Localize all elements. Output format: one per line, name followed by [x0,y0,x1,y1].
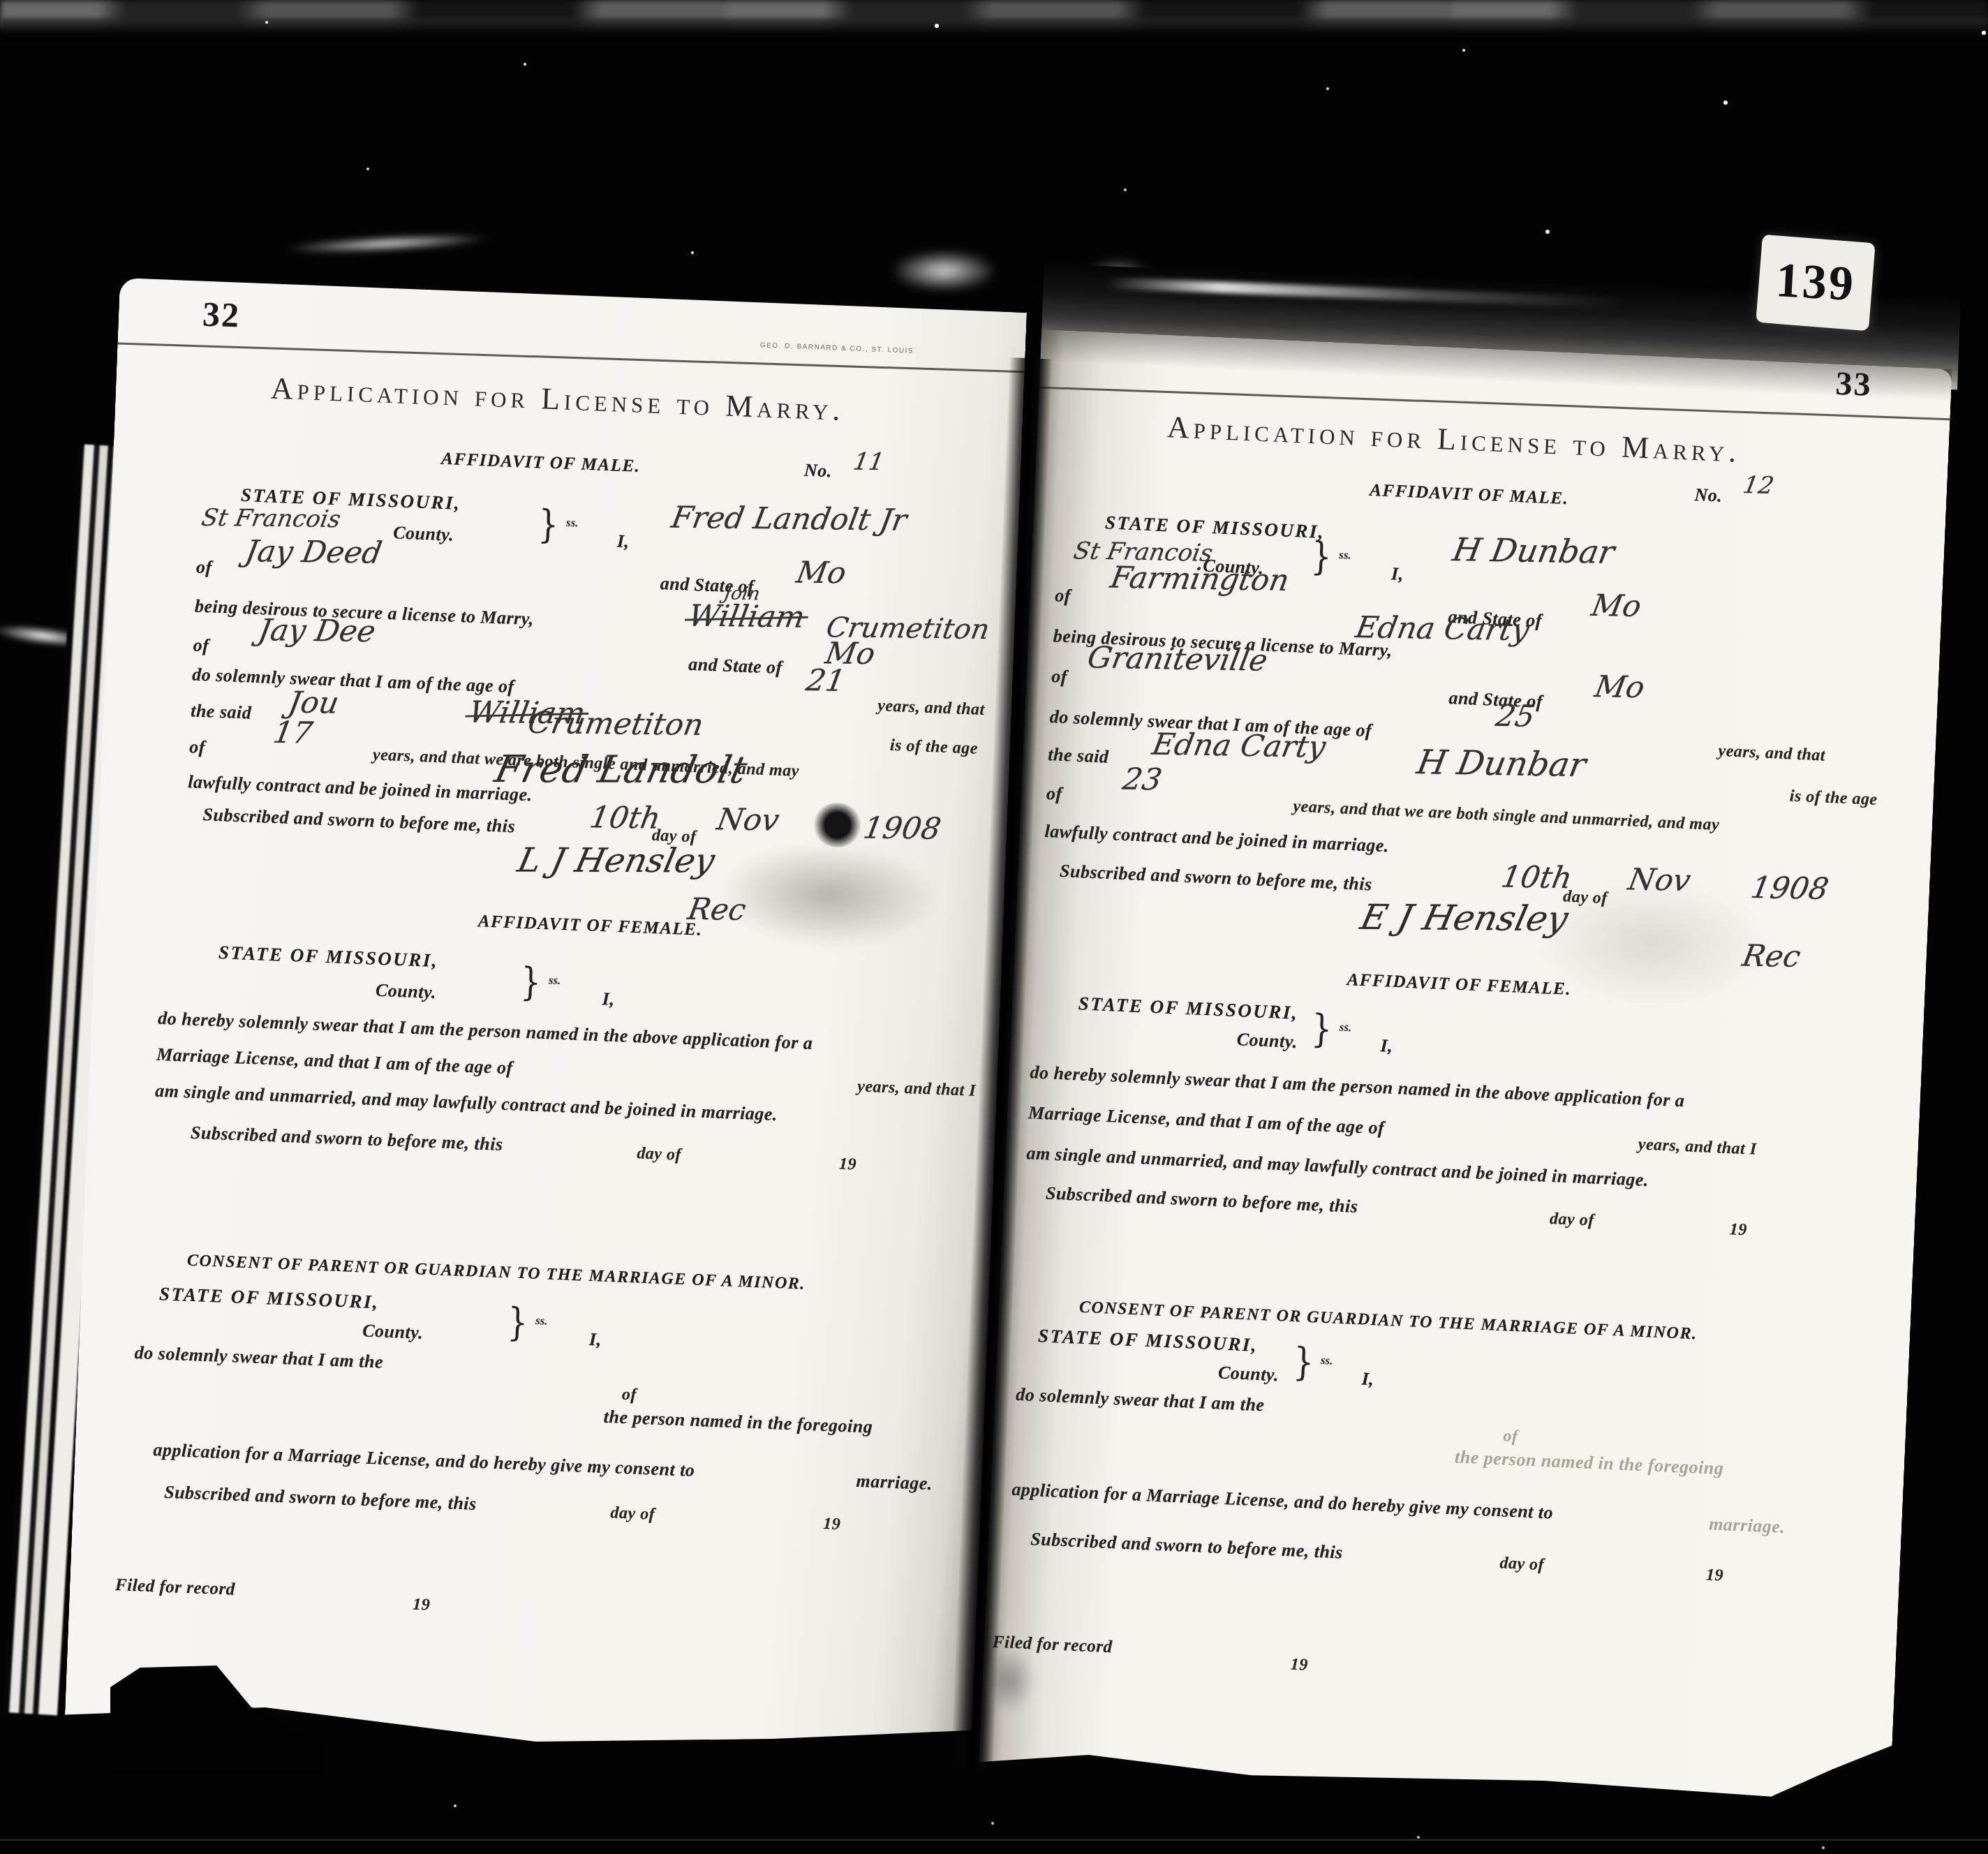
years-and-that-label: years, and that [1718,742,1826,765]
said-name-prefix: Jou [286,688,341,719]
page-edge-highlight [283,230,493,257]
groom-age-entry: 25 [1494,702,1537,732]
county-label: County. [1236,1030,1298,1052]
of-label: of [1055,586,1071,607]
said-age-entry: 23 [1120,765,1164,796]
year-prefix: 19 [1705,1566,1723,1585]
recorder-signature: L J Hensley [514,844,718,878]
groom-age-entry: 21 [804,666,847,696]
scanner-edge-band-shadow [0,18,1988,36]
state-label: STATE OF MISSOURI, [1078,993,1298,1023]
ss-label: ss. [1339,1021,1351,1035]
consent-swear-line: do solemnly swear that I am the [134,1343,383,1372]
smudge [716,839,944,952]
female-swear-line-2: Marriage License, and that I am of the a… [156,1045,513,1078]
year-prefix: 19 [823,1515,841,1534]
ss-label: ss. [535,1314,548,1328]
and-state-of-label: and State of [688,655,783,678]
i-label: I, [1391,564,1404,584]
county-label: County. [1217,1363,1279,1385]
of-label: of [193,635,209,655]
no-label: No. [804,461,833,482]
day-of-label: day of [1499,1554,1545,1574]
day-of-label: day of [610,1504,655,1524]
female-single-line: am single and unmarried, and may lawfull… [1026,1143,1649,1190]
consent-swear-line: do solemnly swear that I am the [1016,1385,1265,1416]
page-number: 33 [1835,367,1873,402]
groom-state-entry: Mo [794,558,849,589]
sworn-year-entry: 1908 [1749,873,1830,905]
groom-residence-entry: Farmington [1108,563,1291,596]
said-age-entry: 17 [271,718,314,748]
gutter-top-highlight [890,250,998,292]
female-single-line: am single and unmarried, and may lawfull… [155,1081,778,1125]
groom-residence-entry: Jay Deed [243,537,384,568]
form-title: Application for License to Marry. [1166,410,1742,469]
county-entry: St Francois [200,506,342,531]
year-prefix: 19 [1290,1655,1308,1674]
bride-name-struck: William [686,602,807,633]
bride-residence-entry: Jay Dee [256,616,378,647]
of-label: of [1051,667,1068,688]
right-page: 33 Application for License to Marry. AFF… [977,329,1952,1849]
ss-label: ss. [1339,548,1351,563]
female-swear-line-2: Marriage License, and that I am of the a… [1028,1103,1384,1139]
lawfully-line: lawfully contract and be joined in marri… [1044,822,1389,856]
printer-mark: GEO. D. BARNARD & CO., ST. LOUIS [760,341,914,355]
year-prefix: 19 [1729,1220,1747,1239]
groom-name-entry: Fred Landolt Jr [669,503,910,536]
female-affidavit-heading: AFFIDAVIT OF FEMALE. [1347,970,1571,999]
female-affidavit-heading: AFFIDAVIT OF FEMALE. [477,912,702,940]
state-label: STATE OF MISSOURI, [159,1284,380,1313]
gutter-smudge [983,1647,1035,1714]
year-prefix: 19 [839,1155,857,1173]
day-of-label: day of [637,1144,682,1164]
age-line: do solemnly swear that I am of the age o… [192,665,515,697]
years-single-line: years, and that we are both single and u… [1293,797,1720,834]
bride-state-entry: Mo [1592,672,1647,703]
county-label: County. [376,981,437,1003]
the-said-label: the said [1048,745,1109,767]
subscribed-line: Subscribed and sworn to before me, this [1060,861,1373,895]
is-of-age-label: is of the age [890,736,979,758]
consent-person-line: the person named in the foregoing [603,1407,873,1437]
ink-blot [812,802,862,849]
form-title: Application for License to Marry. [270,371,845,427]
subscribed-line: Subscribed and sworn to before me, this [1030,1529,1344,1563]
brace: } [1293,1342,1315,1381]
male-affidavit-heading: AFFIDAVIT OF MALE. [1370,481,1569,509]
brace: } [507,1303,528,1342]
i-label: I, [1380,1036,1393,1056]
of-label: of [1503,1427,1518,1446]
the-said-label: the said [191,701,252,723]
consent-application-line: application for a Marriage License, and … [153,1440,695,1481]
said-groom-entry: H Dunbar [1414,746,1588,782]
subscribed-line: Subscribed and sworn to before me, this [190,1123,503,1155]
county-label: County. [393,523,454,545]
female-years-label: years, and that I [1638,1135,1757,1159]
ss-label: ss. [566,516,579,531]
consent-marriage-label: marriage. [1709,1514,1786,1537]
subscribed-line: Subscribed and sworn to before me, this [1045,1183,1358,1217]
scan-bottom-line [0,1839,1988,1841]
sworn-month-entry: Nov [715,806,781,836]
sworn-year-entry: 1908 [861,814,943,845]
i-label: I, [616,532,630,552]
i-label: I, [589,1330,602,1350]
groom-signature: Fred Landolt [491,750,750,789]
ss-label: ss. [548,973,561,988]
subscribed-line: Subscribed and sworn to before me, this [202,805,516,837]
dust-speckles [265,21,268,24]
year-prefix: 19 [413,1596,431,1615]
brace: } [1310,537,1333,576]
day-of-label: day of [1550,1210,1595,1230]
bride-name-entry: Edna Carty [1353,613,1531,646]
brace: } [520,962,542,1001]
county-label: County. [362,1321,424,1343]
brace: } [1311,1009,1333,1048]
i-label: I, [1361,1369,1374,1389]
lawfully-line: lawfully contract and be joined in marri… [188,772,533,806]
page-number: 32 [202,297,241,333]
female-years-label: years, and that I [857,1077,977,1100]
left-page: 32 GEO. D. BARNARD & CO., ST. LOUIS Appl… [63,278,1027,1797]
groom-name-entry: H Dunbar [1451,533,1617,568]
female-swear-line-1: do hereby solemnly swear that I am the p… [1030,1062,1685,1111]
groom-state-entry: Mo [1589,591,1644,622]
female-swear-line-1: do hereby solemnly swear that I am the p… [158,1009,813,1054]
consent-application-line: application for a Marriage License, and … [1011,1480,1554,1523]
i-label: I, [602,989,615,1009]
ss-label: ss. [1321,1354,1333,1368]
male-affidavit-heading: AFFIDAVIT OF MALE. [441,450,641,476]
filed-for-record-label: Filed for record [115,1575,236,1599]
state-label: STATE OF MISSOURI, [1037,1326,1258,1356]
is-of-age-label: is of the age [1789,787,1878,809]
of-label: of [189,737,206,757]
scanned-marriage-register: 139 32 GEO. D. BARNARD & CO., ST. LOUIS … [0,0,1988,1854]
film-frame-number-stamp: 139 [1756,235,1875,331]
years-and-that-label: years, and that [877,697,985,719]
said-bride-entry: Edna Carty [1150,730,1328,763]
bride-residence-entry: Graniteville [1085,644,1270,676]
consent-person-line: the person named in the foregoing [1454,1447,1723,1478]
no-label: No. [1694,485,1723,506]
application-number: 11 [852,450,886,474]
consent-marriage-label: marriage. [856,1471,933,1495]
application-number: 12 [1741,473,1775,498]
of-label: of [1046,784,1062,805]
page-edge-highlight [1106,277,1623,308]
state-label: STATE OF MISSOURI, [218,942,438,972]
of-label: of [196,558,213,578]
brace: } [537,505,559,544]
said-surname-entry: Crumetiton [526,709,706,741]
of-label: of [622,1386,637,1404]
subscribed-line: Subscribed and sworn to before me, this [164,1483,477,1515]
stamp-number: 139 [1774,253,1857,313]
